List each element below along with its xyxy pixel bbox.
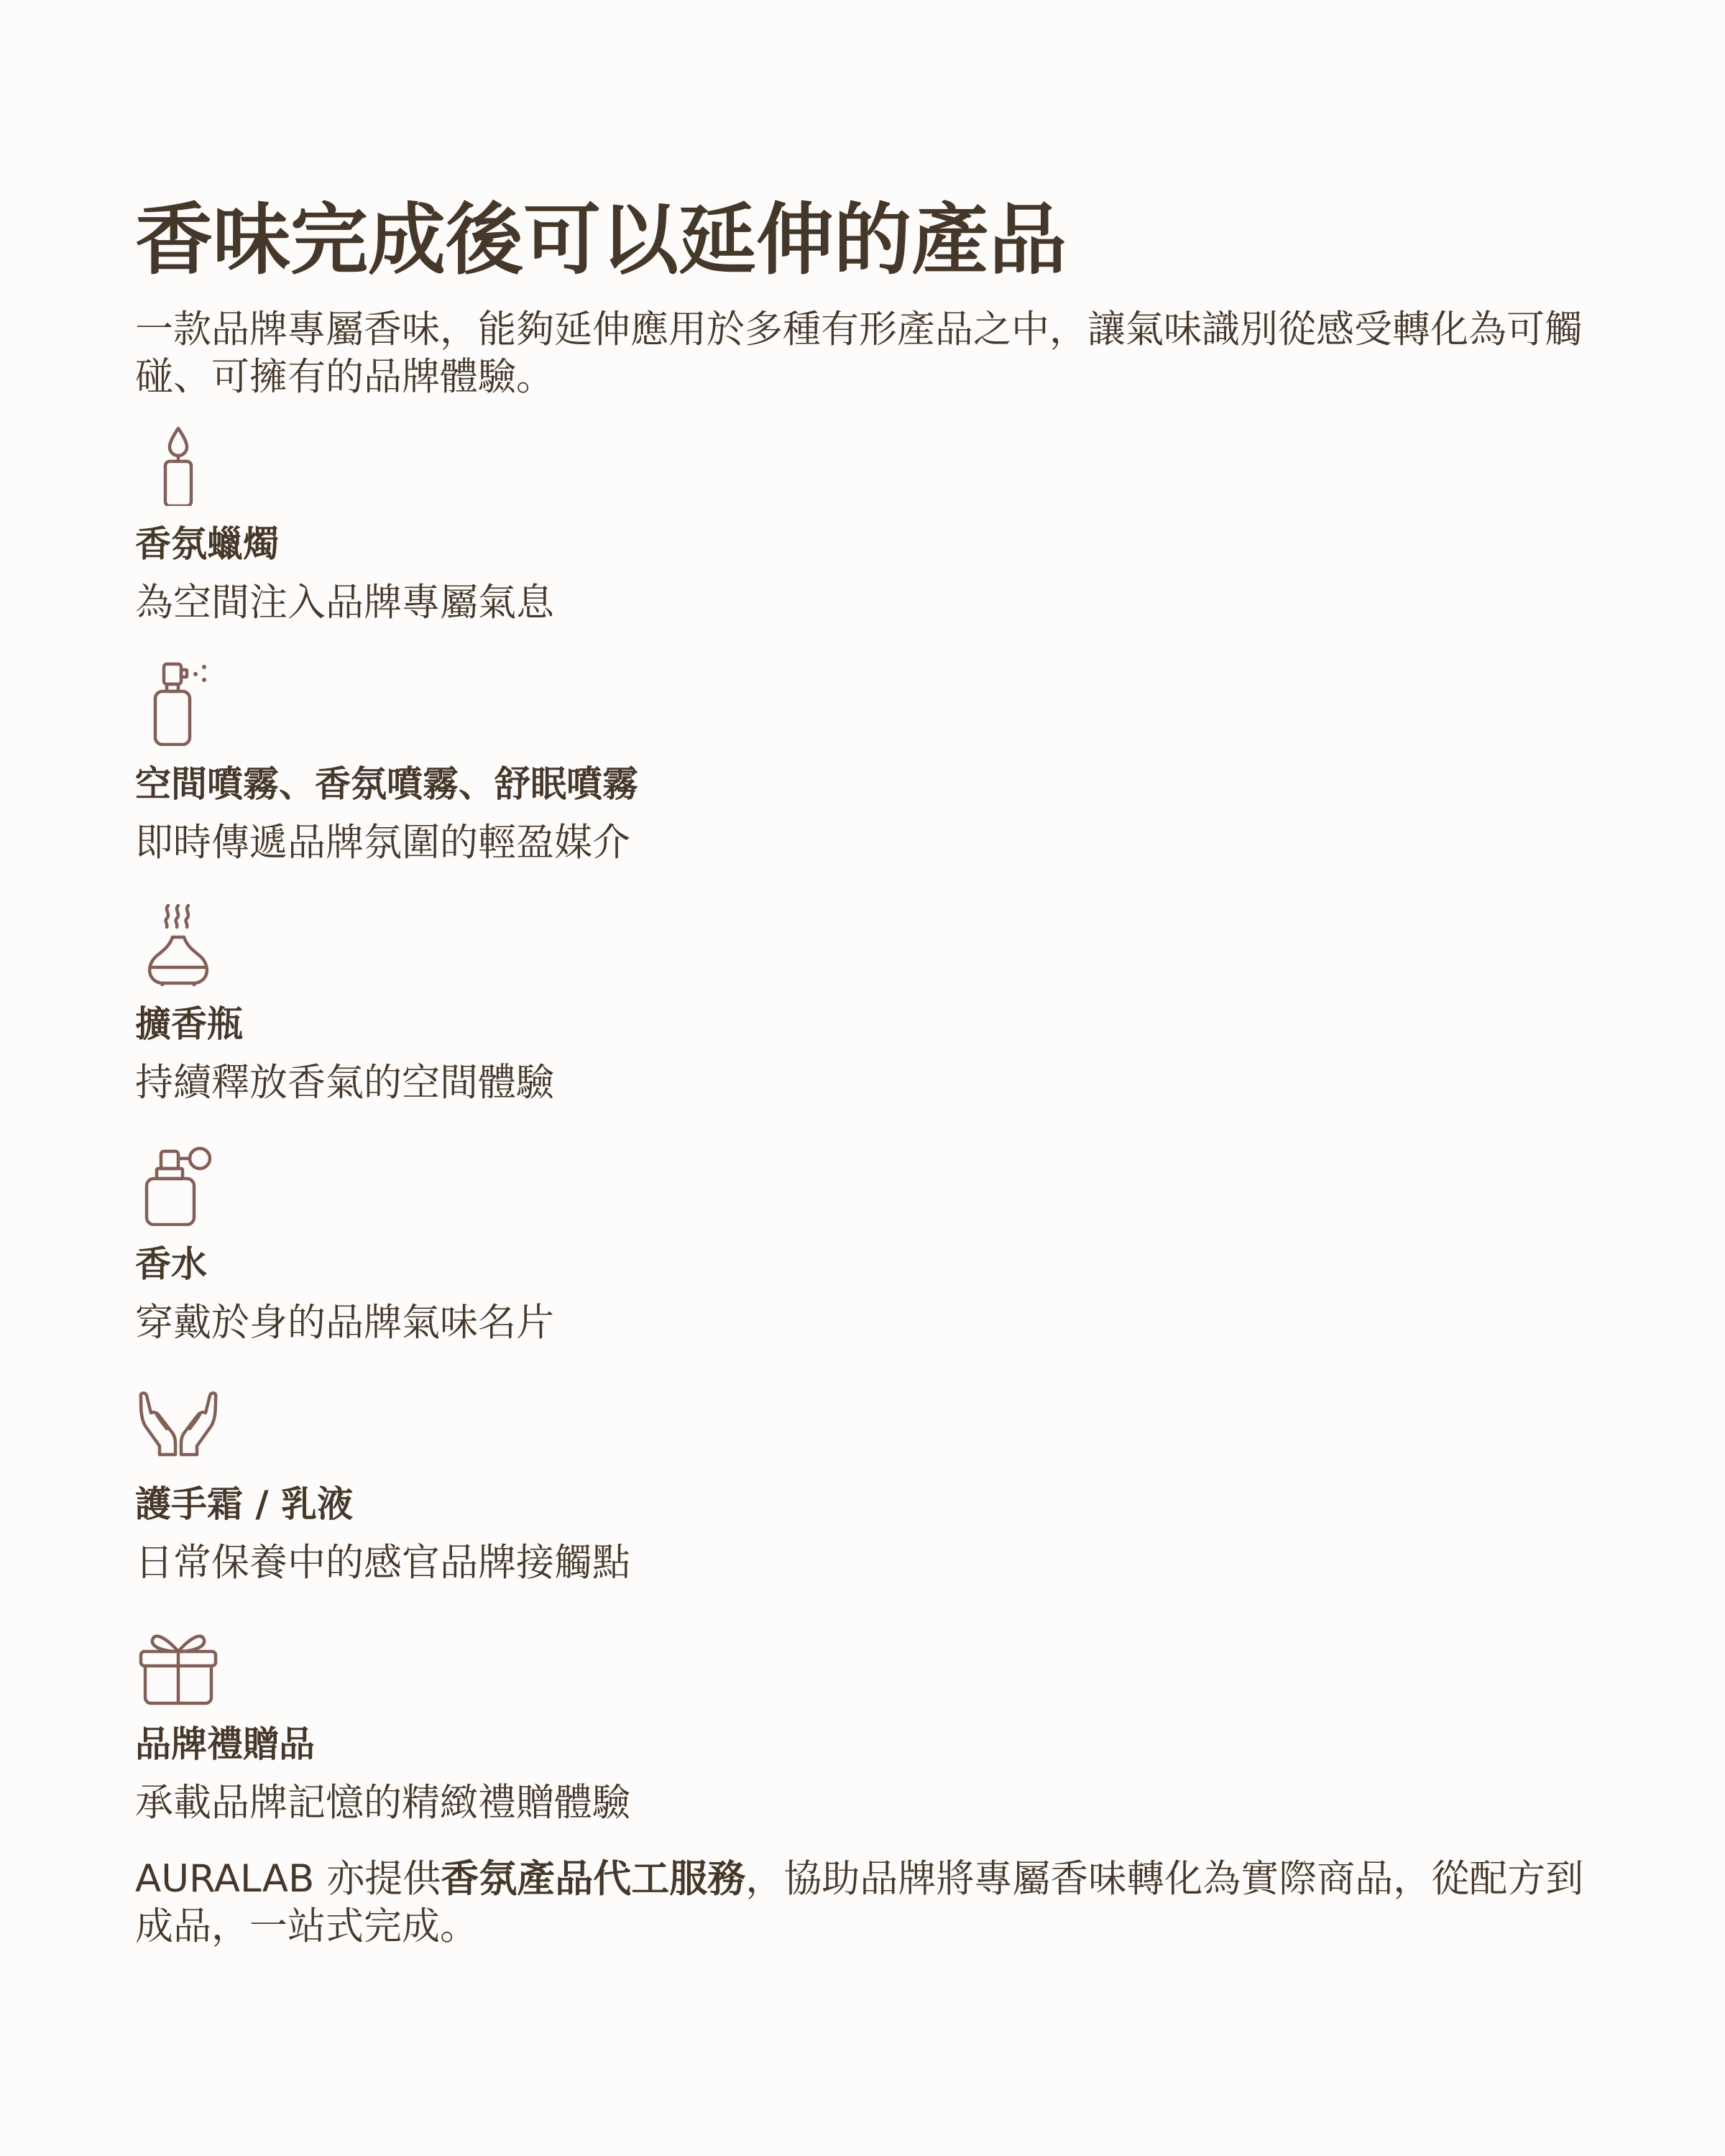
- footer-paragraph: AURALAB 亦提供香氛產品代工服務，協助品牌將專屬香味轉化為實際商品，從配方…: [135, 1856, 1601, 1950]
- footer-highlight: 香氛產品代工服務: [441, 1857, 745, 1901]
- product-item-gift: 品牌禮贈品 承載品牌記憶的精緻禮贈體驗: [135, 1620, 1601, 1860]
- product-description: 日常保養中的感官品牌接觸點: [135, 1539, 630, 1587]
- perfume-bottle-icon: [135, 1140, 221, 1226]
- product-item-hand-cream: 護手霜 / 乳液 日常保養中的感官品牌接觸點: [135, 1380, 1601, 1620]
- product-title: 香水: [135, 1240, 207, 1288]
- page-content: 香味完成後可以延伸的產品 一款品牌專屬香味，能夠延伸應用於多種有形產品之中，讓氣…: [135, 194, 1601, 1989]
- page-title: 香味完成後可以延伸的產品: [135, 194, 1601, 287]
- product-title: 護手霜 / 乳液: [135, 1480, 353, 1528]
- product-description: 即時傳遞品牌氛圍的輕盈媒介: [135, 819, 630, 867]
- product-title: 品牌禮贈品: [135, 1720, 315, 1768]
- gift-icon: [135, 1620, 221, 1706]
- product-item-spray: 空間噴霧、香氛噴霧、舒眠噴霧 即時傳遞品牌氛圍的輕盈媒介: [135, 660, 1601, 900]
- product-description: 承載品牌記憶的精緻禮贈體驗: [135, 1779, 630, 1827]
- candle-icon: [135, 420, 221, 506]
- intro-paragraph: 一款品牌專屬香味，能夠延伸應用於多種有形產品之中，讓氣味識別從感受轉化為可觸碰、…: [135, 306, 1601, 401]
- hands-icon: [135, 1380, 221, 1466]
- product-description: 持續釋放香氣的空間體驗: [135, 1059, 554, 1107]
- product-description: 為空間注入品牌專屬氣息: [135, 579, 554, 627]
- product-title: 擴香瓶: [135, 1000, 243, 1048]
- product-description: 穿戴於身的品牌氣味名片: [135, 1299, 554, 1347]
- product-list: 香氛蠟燭 為空間注入品牌專屬氣息 空間噴霧、香氛噴霧、舒眠噴霧 即時傳遞品牌氛圍…: [135, 420, 1601, 1860]
- diffuser-icon: [135, 900, 221, 986]
- product-item-candle: 香氛蠟燭 為空間注入品牌專屬氣息: [135, 420, 1601, 660]
- product-title: 香氛蠟燭: [135, 520, 279, 568]
- product-title: 空間噴霧、香氛噴霧、舒眠噴霧: [135, 760, 638, 808]
- footer-prefix: AURALAB 亦提供: [135, 1857, 441, 1901]
- spray-bottle-icon: [135, 660, 221, 746]
- product-item-diffuser: 擴香瓶 持續釋放香氣的空間體驗: [135, 900, 1601, 1140]
- product-item-perfume: 香水 穿戴於身的品牌氣味名片: [135, 1140, 1601, 1380]
